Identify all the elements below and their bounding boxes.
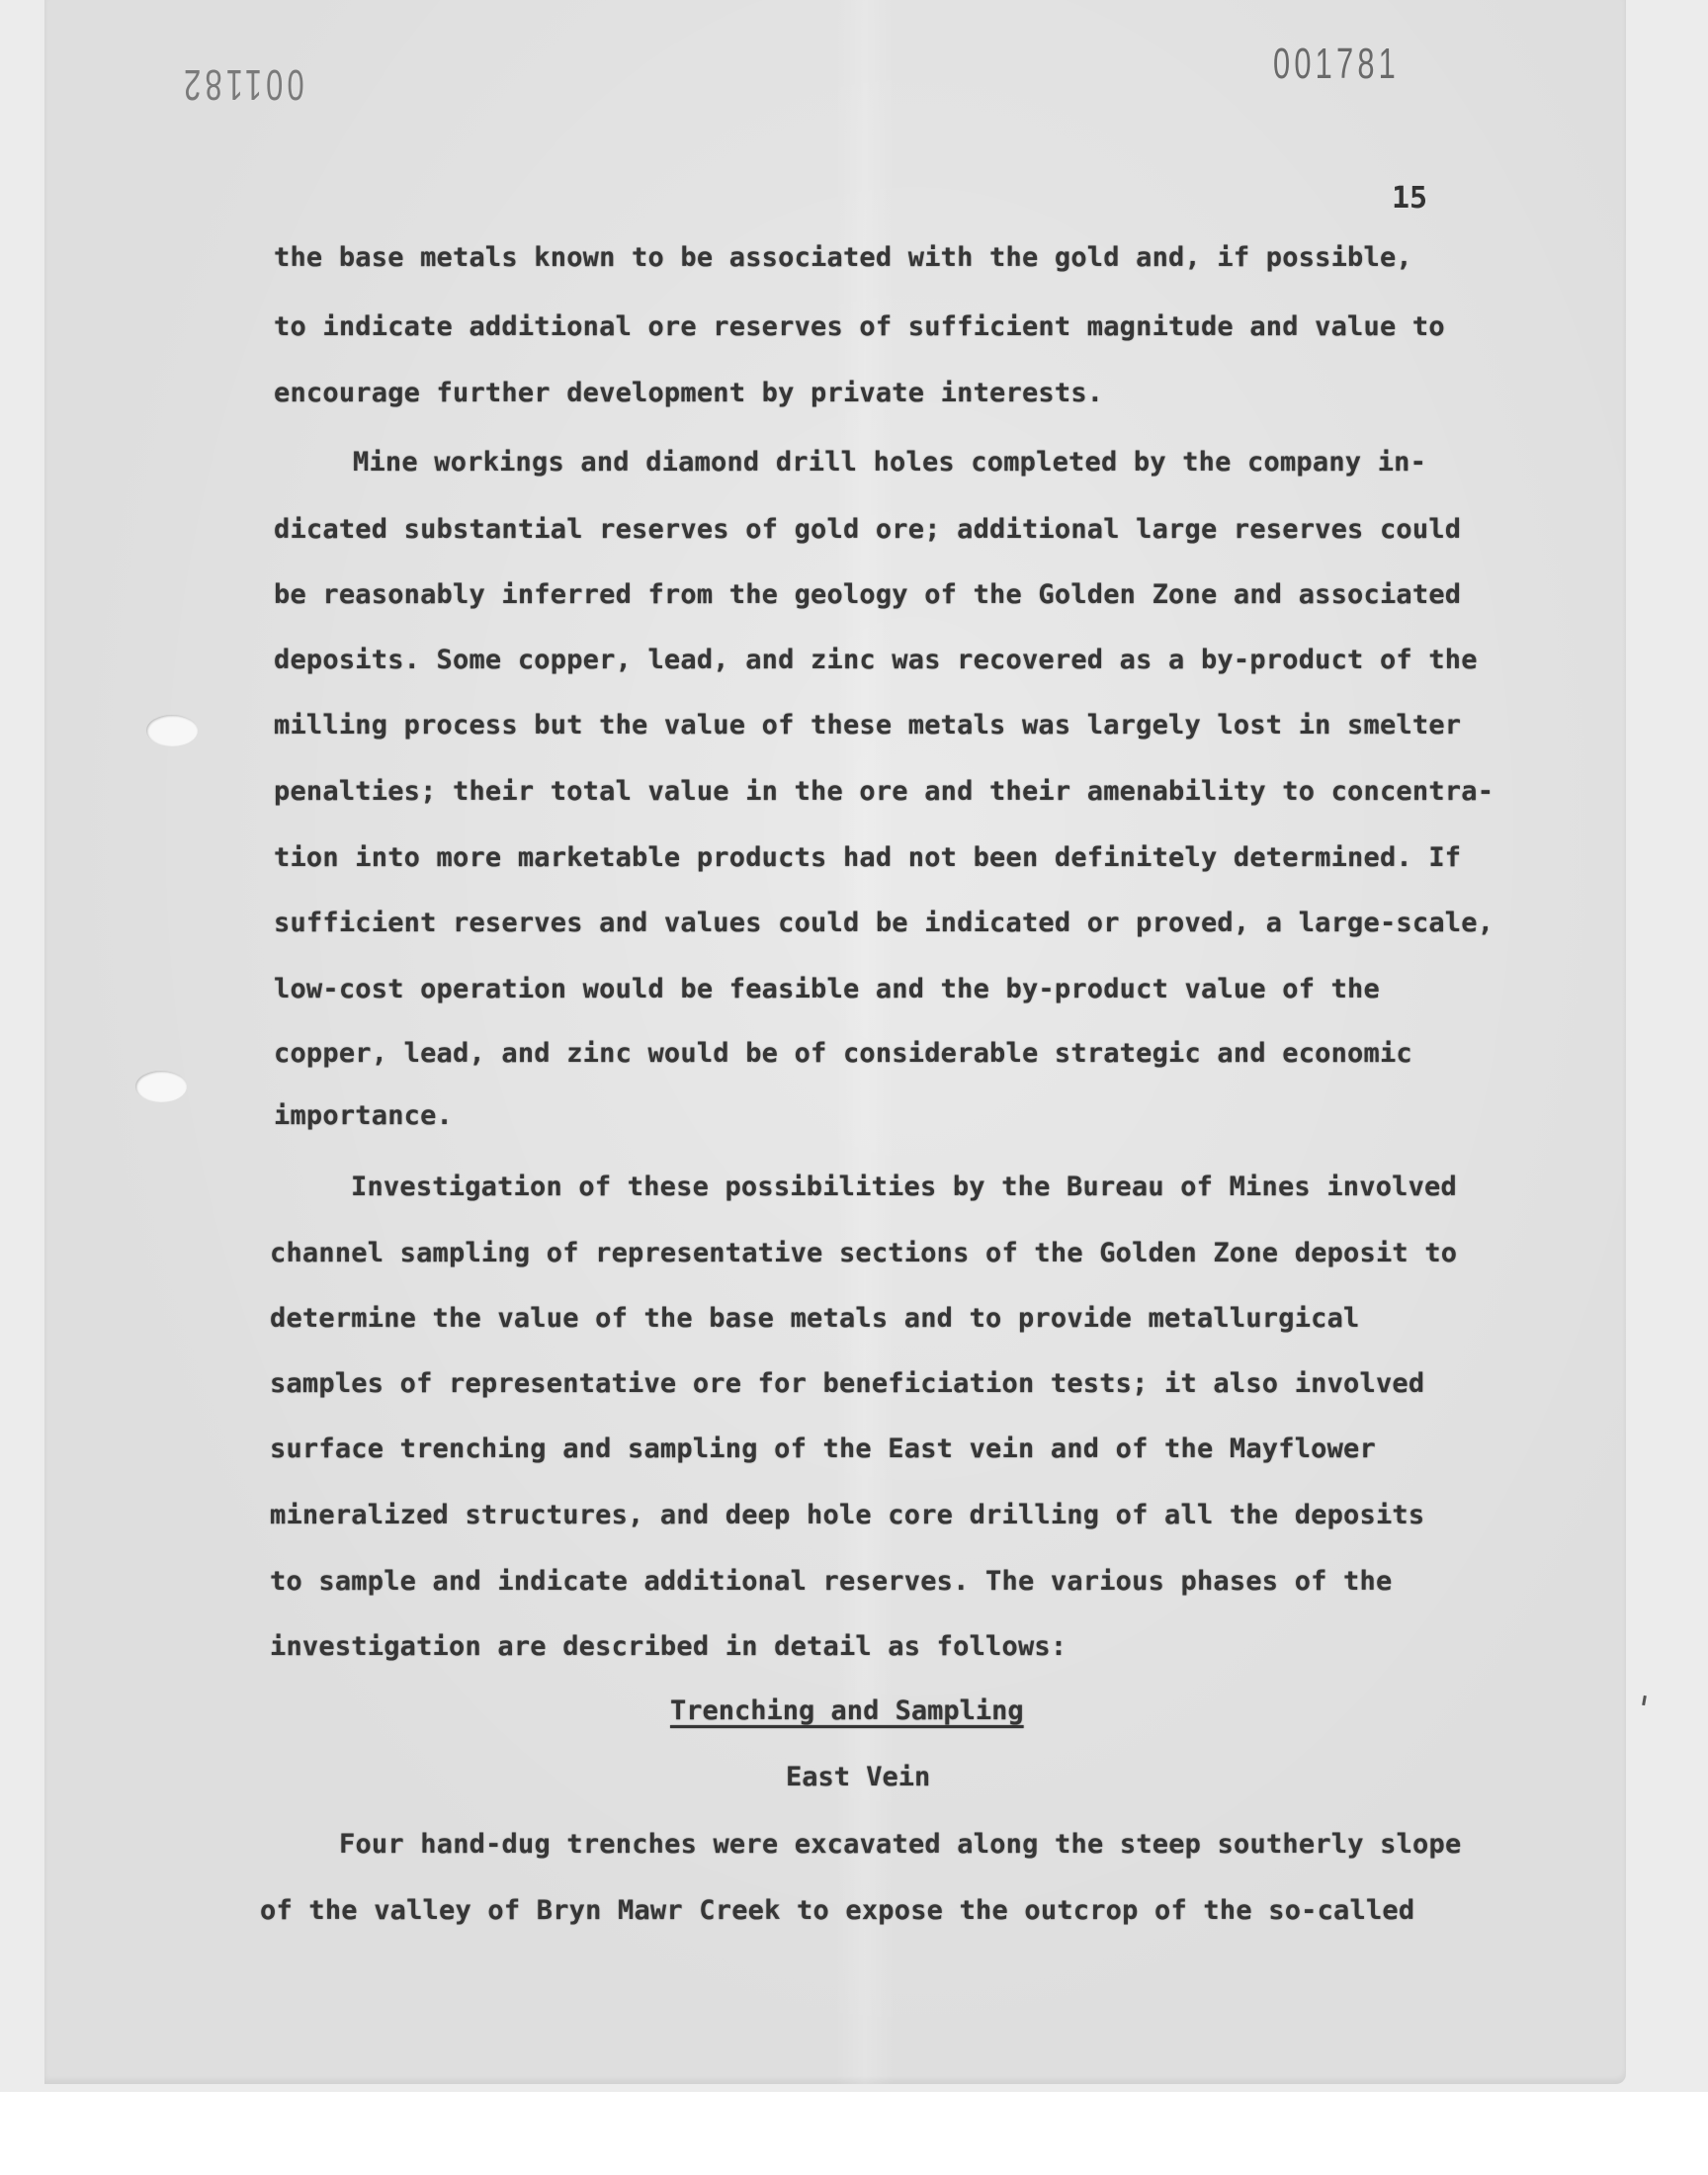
text-line: to sample and indicate additional reserv… <box>270 1566 1392 1597</box>
document-stamp-number: 001781 <box>1273 40 1400 89</box>
text-line: investigation are described in detail as… <box>270 1631 1067 1662</box>
text-line: dicated substantial reserves of gold ore… <box>274 514 1461 545</box>
text-line: milling process but the value of these m… <box>274 710 1461 740</box>
text-line: penalties; their total value in the ore … <box>274 776 1494 807</box>
bleed-through-stamp: 001182 <box>180 59 304 109</box>
text-line: Mine workings and diamond drill holes co… <box>353 447 1426 478</box>
text-line: deposits. Some copper, lead, and zinc wa… <box>274 645 1478 675</box>
text-line: low-cost operation would be feasible and… <box>274 974 1380 1004</box>
document-page: 001182 001781 15 the base metals known t… <box>44 0 1626 2084</box>
text-line: determine the value of the base metals a… <box>270 1303 1360 1334</box>
text-line: tion into more marketable products had n… <box>274 842 1461 873</box>
text-line: Four hand-dug trenches were excavated al… <box>339 1829 1461 1860</box>
section-heading: Trenching and Sampling <box>670 1696 1024 1726</box>
text-line: channel sampling of representative secti… <box>270 1238 1457 1268</box>
page-number: 15 <box>1392 181 1427 216</box>
text-line: to indicate additional ore reserves of s… <box>274 311 1445 342</box>
text-line: the base metals known to be associated w… <box>274 242 1412 273</box>
text-line: be reasonably inferred from the geology … <box>274 579 1461 610</box>
text-line: of the valley of Bryn Mawr Creek to expo… <box>260 1895 1414 1926</box>
text-line: mineralized structures, and deep hole co… <box>270 1500 1424 1530</box>
text-line: samples of representative ore for benefi… <box>270 1368 1424 1399</box>
subsection-heading: East Vein <box>786 1762 930 1792</box>
punch-hole-icon <box>135 1071 187 1102</box>
punch-hole-icon <box>146 715 198 746</box>
text-line: importance. <box>274 1100 453 1131</box>
text-line: encourage further development by private… <box>274 378 1103 408</box>
text-line: Investigation of these possibilities by … <box>351 1172 1457 1202</box>
text-line: surface trenching and sampling of the Ea… <box>270 1434 1376 1464</box>
text-line: sufficient reserves and values could be … <box>274 908 1494 938</box>
text-line: copper, lead, and zinc would be of consi… <box>274 1038 1412 1069</box>
